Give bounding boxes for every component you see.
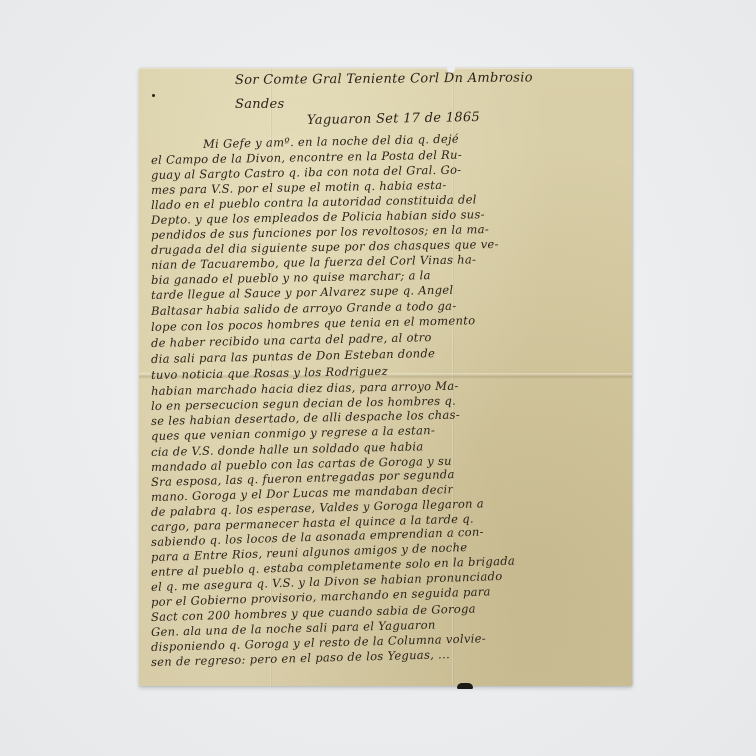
place-date: Yaguaron Set 17 de 1865 [307, 110, 480, 128]
addressee-line-2: Sandes [235, 97, 285, 112]
letter-sheet: Sor Comte Gral Teniente Corl Dn Ambrosio… [139, 68, 632, 686]
body-line: tuvo noticia que Rosas y los Rodriguez [151, 364, 388, 382]
handwritten-text: Sor Comte Gral Teniente Corl Dn Ambrosio… [139, 69, 632, 686]
photo-backdrop: Sor Comte Gral Teniente Corl Dn Ambrosio… [0, 0, 756, 756]
addressee-line-1: Sor Comte Gral Teniente Corl Dn Ambrosio [235, 70, 533, 88]
